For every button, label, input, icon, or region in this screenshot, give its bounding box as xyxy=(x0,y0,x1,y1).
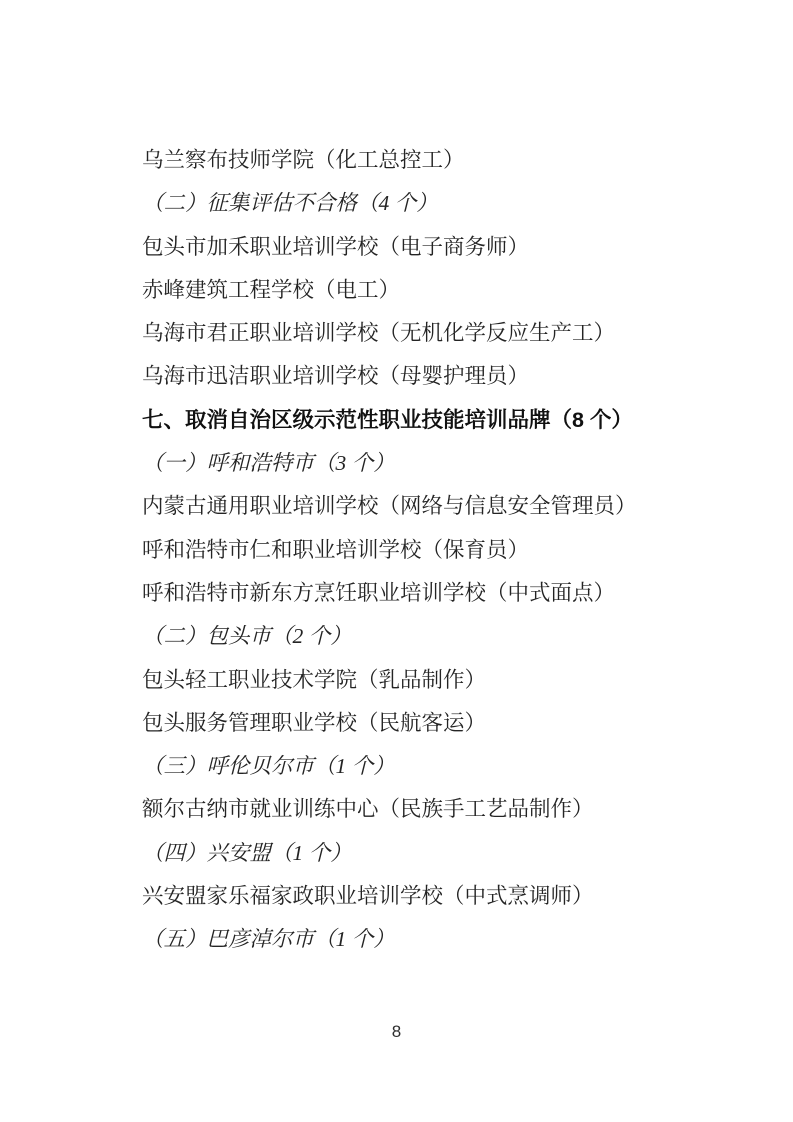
subsection-label: （五）巴彦淖尔市（1 个） xyxy=(142,918,702,961)
school-entry: 赤峰建筑工程学校（电工） xyxy=(142,269,702,312)
school-entry: 内蒙古通用职业培训学校（网络与信息安全管理员） xyxy=(142,485,702,528)
document-page: 乌兰察布技师学院（化工总控工） （二）征集评估不合格（4 个） 包头市加禾职业培… xyxy=(0,0,793,1122)
school-entry: 包头服务管理职业学校（民航客运） xyxy=(142,702,702,745)
section-heading: 七、取消自治区级示范性职业技能培训品牌（8 个） xyxy=(142,399,702,442)
school-entry: 呼和浩特市新东方烹饪职业培训学校（中式面点） xyxy=(142,572,702,615)
school-entry: 乌兰察布技师学院（化工总控工） xyxy=(142,139,702,182)
school-entry: 额尔古纳市就业训练中心（民族手工艺品制作） xyxy=(142,788,702,831)
subsection-label: （二）包头市（2 个） xyxy=(142,615,702,658)
subsection-label: （四）兴安盟（1 个） xyxy=(142,832,702,875)
school-entry: 呼和浩特市仁和职业培训学校（保育员） xyxy=(142,529,702,572)
page-number: 8 xyxy=(0,1022,793,1042)
school-entry: 包头轻工职业技术学院（乳品制作） xyxy=(142,659,702,702)
subsection-label: （二）征集评估不合格（4 个） xyxy=(142,182,702,225)
subsection-label: （一）呼和浩特市（3 个） xyxy=(142,442,702,485)
school-entry: 兴安盟家乐福家政职业培训学校（中式烹调师） xyxy=(142,875,702,918)
document-body: 乌兰察布技师学院（化工总控工） （二）征集评估不合格（4 个） 包头市加禾职业培… xyxy=(142,139,702,962)
school-entry: 包头市加禾职业培训学校（电子商务师） xyxy=(142,226,702,269)
school-entry: 乌海市迅洁职业培训学校（母婴护理员） xyxy=(142,355,702,398)
subsection-label: （三）呼伦贝尔市（1 个） xyxy=(142,745,702,788)
school-entry: 乌海市君正职业培训学校（无机化学反应生产工） xyxy=(142,312,702,355)
